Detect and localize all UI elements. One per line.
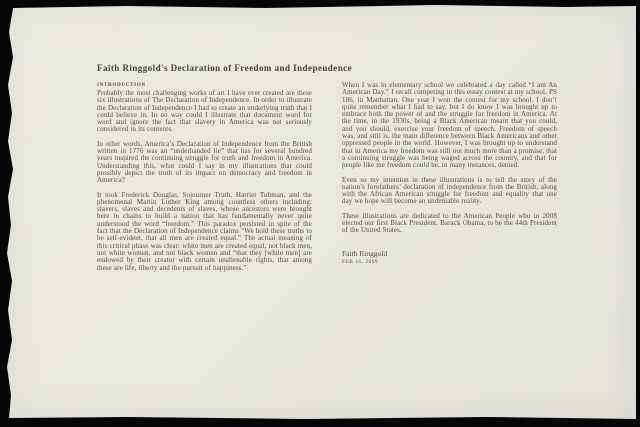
- text-columns: INTRODUCTION Probably the most challengi…: [97, 82, 557, 279]
- page-content: Faith Ringgold's Declaration of Freedom …: [97, 63, 557, 279]
- book-page: Faith Ringgold's Declaration of Freedom …: [6, 5, 636, 419]
- right-column: When I was in elementary school we celeb…: [342, 82, 557, 265]
- paragraph-intro-4: When I was in elementary school we celeb…: [342, 82, 557, 170]
- section-heading: INTRODUCTION: [97, 82, 312, 88]
- signature-name: Faith Ringgold: [342, 249, 557, 258]
- paragraph-intro-3: It took Frederick Douglas, Sojourner Tru…: [97, 192, 312, 272]
- paragraph-intro-5: Even so my intention in these illustrati…: [342, 177, 557, 206]
- photo-background: Faith Ringgold's Declaration of Freedom …: [0, 0, 640, 427]
- paragraph-dedication: These illustrations are dedicated to the…: [342, 213, 557, 235]
- page-title: Faith Ringgold's Declaration of Freedom …: [97, 63, 557, 73]
- signature-date: FEB 16, 2009: [342, 259, 557, 265]
- left-column: INTRODUCTION Probably the most challengi…: [97, 82, 312, 279]
- paragraph-intro-1: Probably the most challenging works of a…: [97, 90, 312, 134]
- signature-block: Faith Ringgold FEB 16, 2009: [342, 249, 557, 265]
- paragraph-intro-2: In other words, America’s Declaration of…: [97, 141, 312, 185]
